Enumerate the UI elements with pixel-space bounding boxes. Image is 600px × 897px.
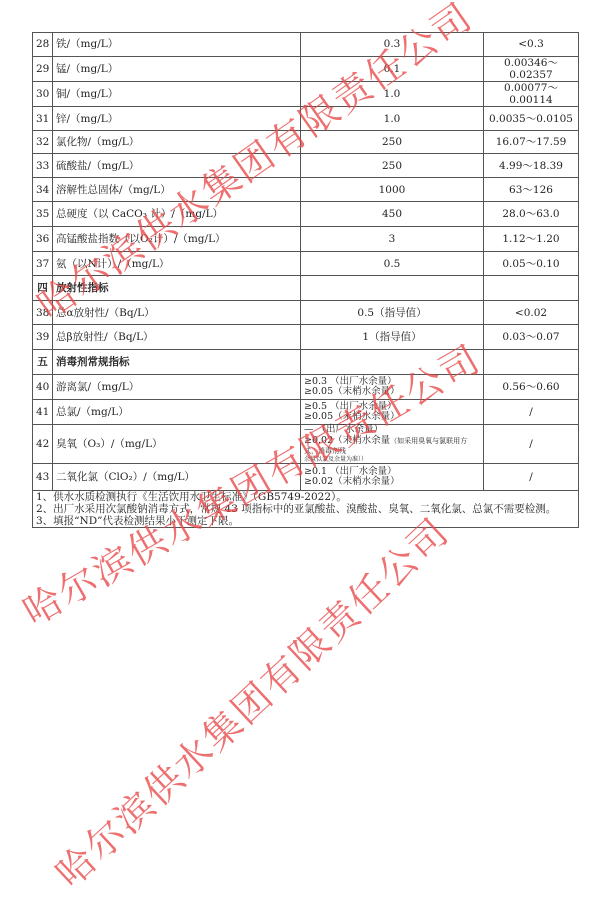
row-number: 30 [33, 82, 53, 107]
test-result: / [484, 464, 579, 491]
test-result: 16.07～17.59 [484, 131, 579, 154]
indicator-name: 氯化物/（mg/L） [53, 131, 301, 154]
test-result: 0.00077～0.00114 [484, 82, 579, 107]
test-result: 0.56～0.60 [484, 375, 579, 400]
limit-line: ≥0.02（末梢水余量） [304, 477, 480, 487]
indicator-name: 高锰酸盐指数（以O₂计）/（mg/L） [53, 227, 301, 252]
indicator-name: 铜/（mg/L） [53, 82, 301, 107]
limit-value: 0.5 [301, 252, 484, 276]
empty-cell [301, 350, 484, 375]
test-result: <0.02 [484, 301, 579, 325]
row-number: 40 [33, 375, 53, 400]
test-result: 0.00346～0.02357 [484, 57, 579, 82]
row-number: 29 [33, 57, 53, 82]
table-row: 32 氯化物/（mg/L） 250 16.07～17.59 [33, 131, 579, 154]
table-row: 31 锌/（mg/L） 1.0 0.0035～0.0105 [33, 107, 579, 131]
table-row: 38 总α放射性/（Bq/L） 0.5（指导值） <0.02 [33, 301, 579, 325]
row-number: 33 [33, 154, 53, 178]
section-title: 消毒剂常规指标 [53, 350, 301, 375]
table-row: 35 总硬度（以 CaCO₃ 计）/（mg/L） 450 28.0～63.0 [33, 202, 579, 227]
limit-value: ≥0.3 （出厂水余量） ≥0.05（末梢水余量） [301, 375, 484, 400]
table-row: 37 氨（以N计）/（mg/L） 0.5 0.05～0.10 [33, 252, 579, 276]
limit-value: 250 [301, 131, 484, 154]
indicator-name: 总β放射性/（Bq/L） [53, 325, 301, 350]
limit-line-text: ≥0.02（末梢水余量 [304, 435, 390, 446]
indicator-name: 硫酸盐/（mg/L） [53, 154, 301, 178]
indicator-name: 氨（以N计）/（mg/L） [53, 252, 301, 276]
row-number: 42 [33, 425, 53, 464]
indicator-name: 锌/（mg/L） [53, 107, 301, 131]
indicator-name: 臭氧（O₃）/（mg/L） [53, 425, 301, 464]
limit-line: ≥0.02（末梢水余量（如采用臭氧与氯联用方式，消毒剂残 [304, 436, 480, 457]
test-result: 4.99～18.39 [484, 154, 579, 178]
limit-value: ≥0.1 （出厂水余量） ≥0.02（末梢水余量） [301, 464, 484, 491]
watermark-text: 哈尔滨供水集团有限责任公司 [41, 503, 459, 897]
limit-value: — （出厂水余量） ≥0.02（末梢水余量（如采用臭氧与氯联用方式，消毒剂残 余… [301, 425, 484, 464]
row-number: 37 [33, 252, 53, 276]
row-number: 28 [33, 33, 53, 57]
table-row: 40 游离氯/（mg/L） ≥0.3 （出厂水余量） ≥0.05（末梢水余量） … [33, 375, 579, 400]
test-result: 0.05～0.10 [484, 252, 579, 276]
row-number: 36 [33, 227, 53, 252]
test-result: 63～126 [484, 178, 579, 202]
table-row: 42 臭氧（O₃）/（mg/L） — （出厂水余量） ≥0.02（末梢水余量（如… [33, 425, 579, 464]
table-row: 28 铁/（mg/L） 0.3 <0.3 [33, 33, 579, 57]
indicator-name: 总α放射性/（Bq/L） [53, 301, 301, 325]
note-item: 3、填报“ND”代表检测结果小于测定下限。 [36, 515, 575, 527]
test-result: / [484, 425, 579, 464]
indicator-name: 游离氯/（mg/L） [53, 375, 301, 400]
limit-value: 0.1 [301, 57, 484, 82]
note-item: 1、供水水质检测执行《生活饮用水卫生标准》（GB5749-2022）。 [36, 491, 575, 503]
limit-value: ≥0.5 （出厂水余量） ≥0.05（末梢水余量） [301, 400, 484, 425]
limit-value: 450 [301, 202, 484, 227]
row-number: 31 [33, 107, 53, 131]
row-number: 35 [33, 202, 53, 227]
indicator-name: 总氯/（mg/L） [53, 400, 301, 425]
limit-value: 1000 [301, 178, 484, 202]
test-result: 28.0～63.0 [484, 202, 579, 227]
note-item: 2、出厂水采用次氯酸钠消毒方式，常规 43 项指标中的亚氯酸盐、溴酸盐、臭氧、二… [36, 503, 575, 515]
table-row: 43 二氧化氯（ClO₂）/（mg/L） ≥0.1 （出厂水余量） ≥0.02（… [33, 464, 579, 491]
test-result: 0.0035～0.0105 [484, 107, 579, 131]
table-row: 39 总β放射性/（Bq/L） 1（指导值） 0.03～0.07 [33, 325, 579, 350]
section-header-disinfectant: 五 消毒剂常规指标 [33, 350, 579, 375]
table-row: 36 高锰酸盐指数（以O₂计）/（mg/L） 3 1.12～1.20 [33, 227, 579, 252]
notes-row: 1、供水水质检测执行《生活饮用水卫生标准》（GB5749-2022）。 2、出厂… [33, 491, 579, 528]
empty-cell [484, 350, 579, 375]
empty-cell [301, 276, 484, 301]
table-row: 30 铜/（mg/L） 1.0 0.00077～0.00114 [33, 82, 579, 107]
test-result: / [484, 400, 579, 425]
limit-line: ≥0.05（末梢水余量） [304, 412, 480, 422]
limit-value: 0.3 [301, 33, 484, 57]
row-number: 43 [33, 464, 53, 491]
table-row: 34 溶解性总固体/（mg/L） 1000 63～126 [33, 178, 579, 202]
indicator-name: 溶解性总固体/（mg/L） [53, 178, 301, 202]
table-row: 29 锰/（mg/L） 0.1 0.00346～0.02357 [33, 57, 579, 82]
section-number: 四 [33, 276, 53, 301]
row-number: 38 [33, 301, 53, 325]
water-quality-table: 28 铁/（mg/L） 0.3 <0.3 29 锰/（mg/L） 0.1 0.0… [32, 32, 579, 528]
notes: 1、供水水质检测执行《生活饮用水卫生标准》（GB5749-2022）。 2、出厂… [33, 491, 579, 528]
test-result: <0.3 [484, 33, 579, 57]
indicator-name: 总硬度（以 CaCO₃ 计）/（mg/L） [53, 202, 301, 227]
table-row: 41 总氯/（mg/L） ≥0.5 （出厂水余量） ≥0.05（末梢水余量） / [33, 400, 579, 425]
limit-value: 1（指导值） [301, 325, 484, 350]
test-result: 0.03～0.07 [484, 325, 579, 350]
row-number: 32 [33, 131, 53, 154]
indicator-name: 铁/（mg/L） [53, 33, 301, 57]
section-number: 五 [33, 350, 53, 375]
limit-value: 3 [301, 227, 484, 252]
limit-value: 1.0 [301, 82, 484, 107]
indicator-name: 锰/（mg/L） [53, 57, 301, 82]
test-result: 1.12～1.20 [484, 227, 579, 252]
table-row: 33 硫酸盐/（mg/L） 250 4.99～18.39 [33, 154, 579, 178]
limit-value: 250 [301, 154, 484, 178]
limit-line: ≥0.05（末梢水余量） [304, 387, 480, 397]
limit-value: 0.5（指导值） [301, 301, 484, 325]
limit-line: 余量以氯及余量为准）） [304, 457, 480, 464]
limit-value: 1.0 [301, 107, 484, 131]
section-title: 放射性指标 [53, 276, 301, 301]
indicator-name: 二氧化氯（ClO₂）/（mg/L） [53, 464, 301, 491]
row-number: 39 [33, 325, 53, 350]
empty-cell [484, 276, 579, 301]
row-number: 41 [33, 400, 53, 425]
row-number: 34 [33, 178, 53, 202]
section-header-radioactivity: 四 放射性指标 [33, 276, 579, 301]
